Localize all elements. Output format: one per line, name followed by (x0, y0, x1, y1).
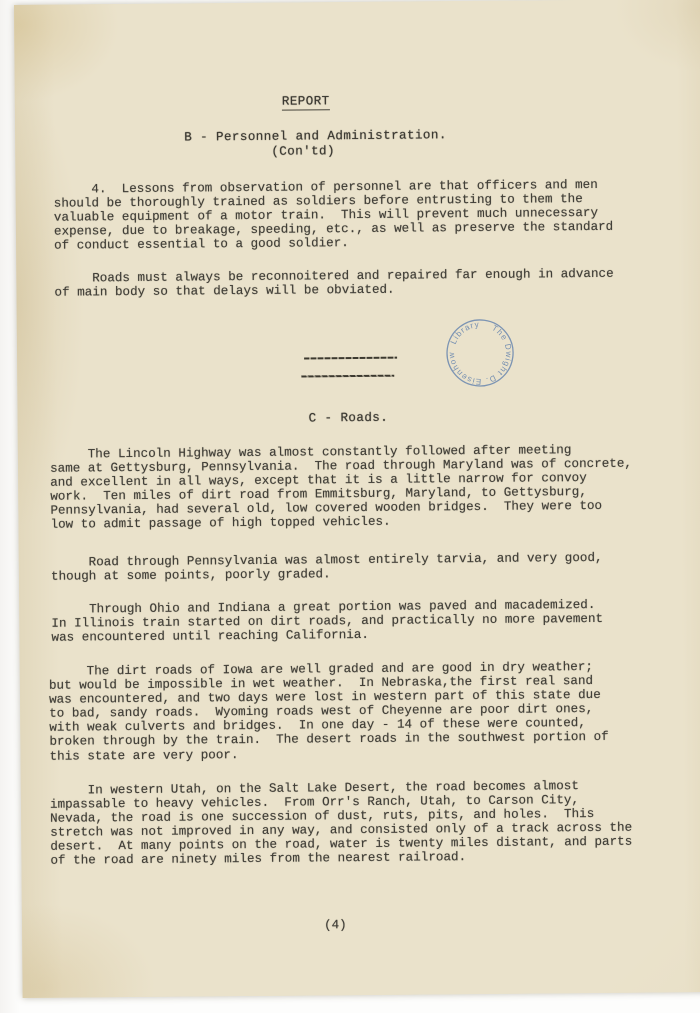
divider-line-top (304, 357, 397, 360)
document-page: REPORT B - Personnel and Administration.… (14, 0, 700, 998)
svg-text:Library The Dwight D: Library The Dwight D. Eisenhower (438, 311, 520, 391)
section-b-heading: B - Personnel and Administration. (184, 128, 447, 144)
section-b-contd: (Con'td) (271, 144, 335, 159)
paragraph-iowa-nebraska: The dirt roads of Iowa are well graded a… (49, 660, 609, 764)
paragraph-lessons: 4. Lessons from observation of personnel… (54, 178, 614, 253)
section-c-heading: C - Roads. (309, 411, 389, 426)
page-number: (4) (324, 918, 347, 932)
paragraph-lincoln-highway: The Lincoln Highway was almost constantl… (50, 443, 633, 533)
paragraph-ohio-indiana: Through Ohio and Indiana a great portion… (51, 598, 603, 645)
paragraph-utah-nevada: In western Utah, on the Salt Lake Desert… (50, 779, 633, 869)
paragraph-pennsylvania: Road through Pennsylvania was almost ent… (51, 551, 603, 584)
divider-line-bottom (301, 375, 394, 378)
scan-background: REPORT B - Personnel and Administration.… (0, 0, 700, 1013)
eisenhower-library-stamp-icon: Library The Dwight D. Eisenhower (438, 311, 523, 396)
report-title: REPORT (282, 94, 330, 110)
paragraph-reconnoiter: Roads must always be reconnoitered and r… (54, 267, 613, 300)
stamp-text-library: Library (448, 316, 481, 348)
